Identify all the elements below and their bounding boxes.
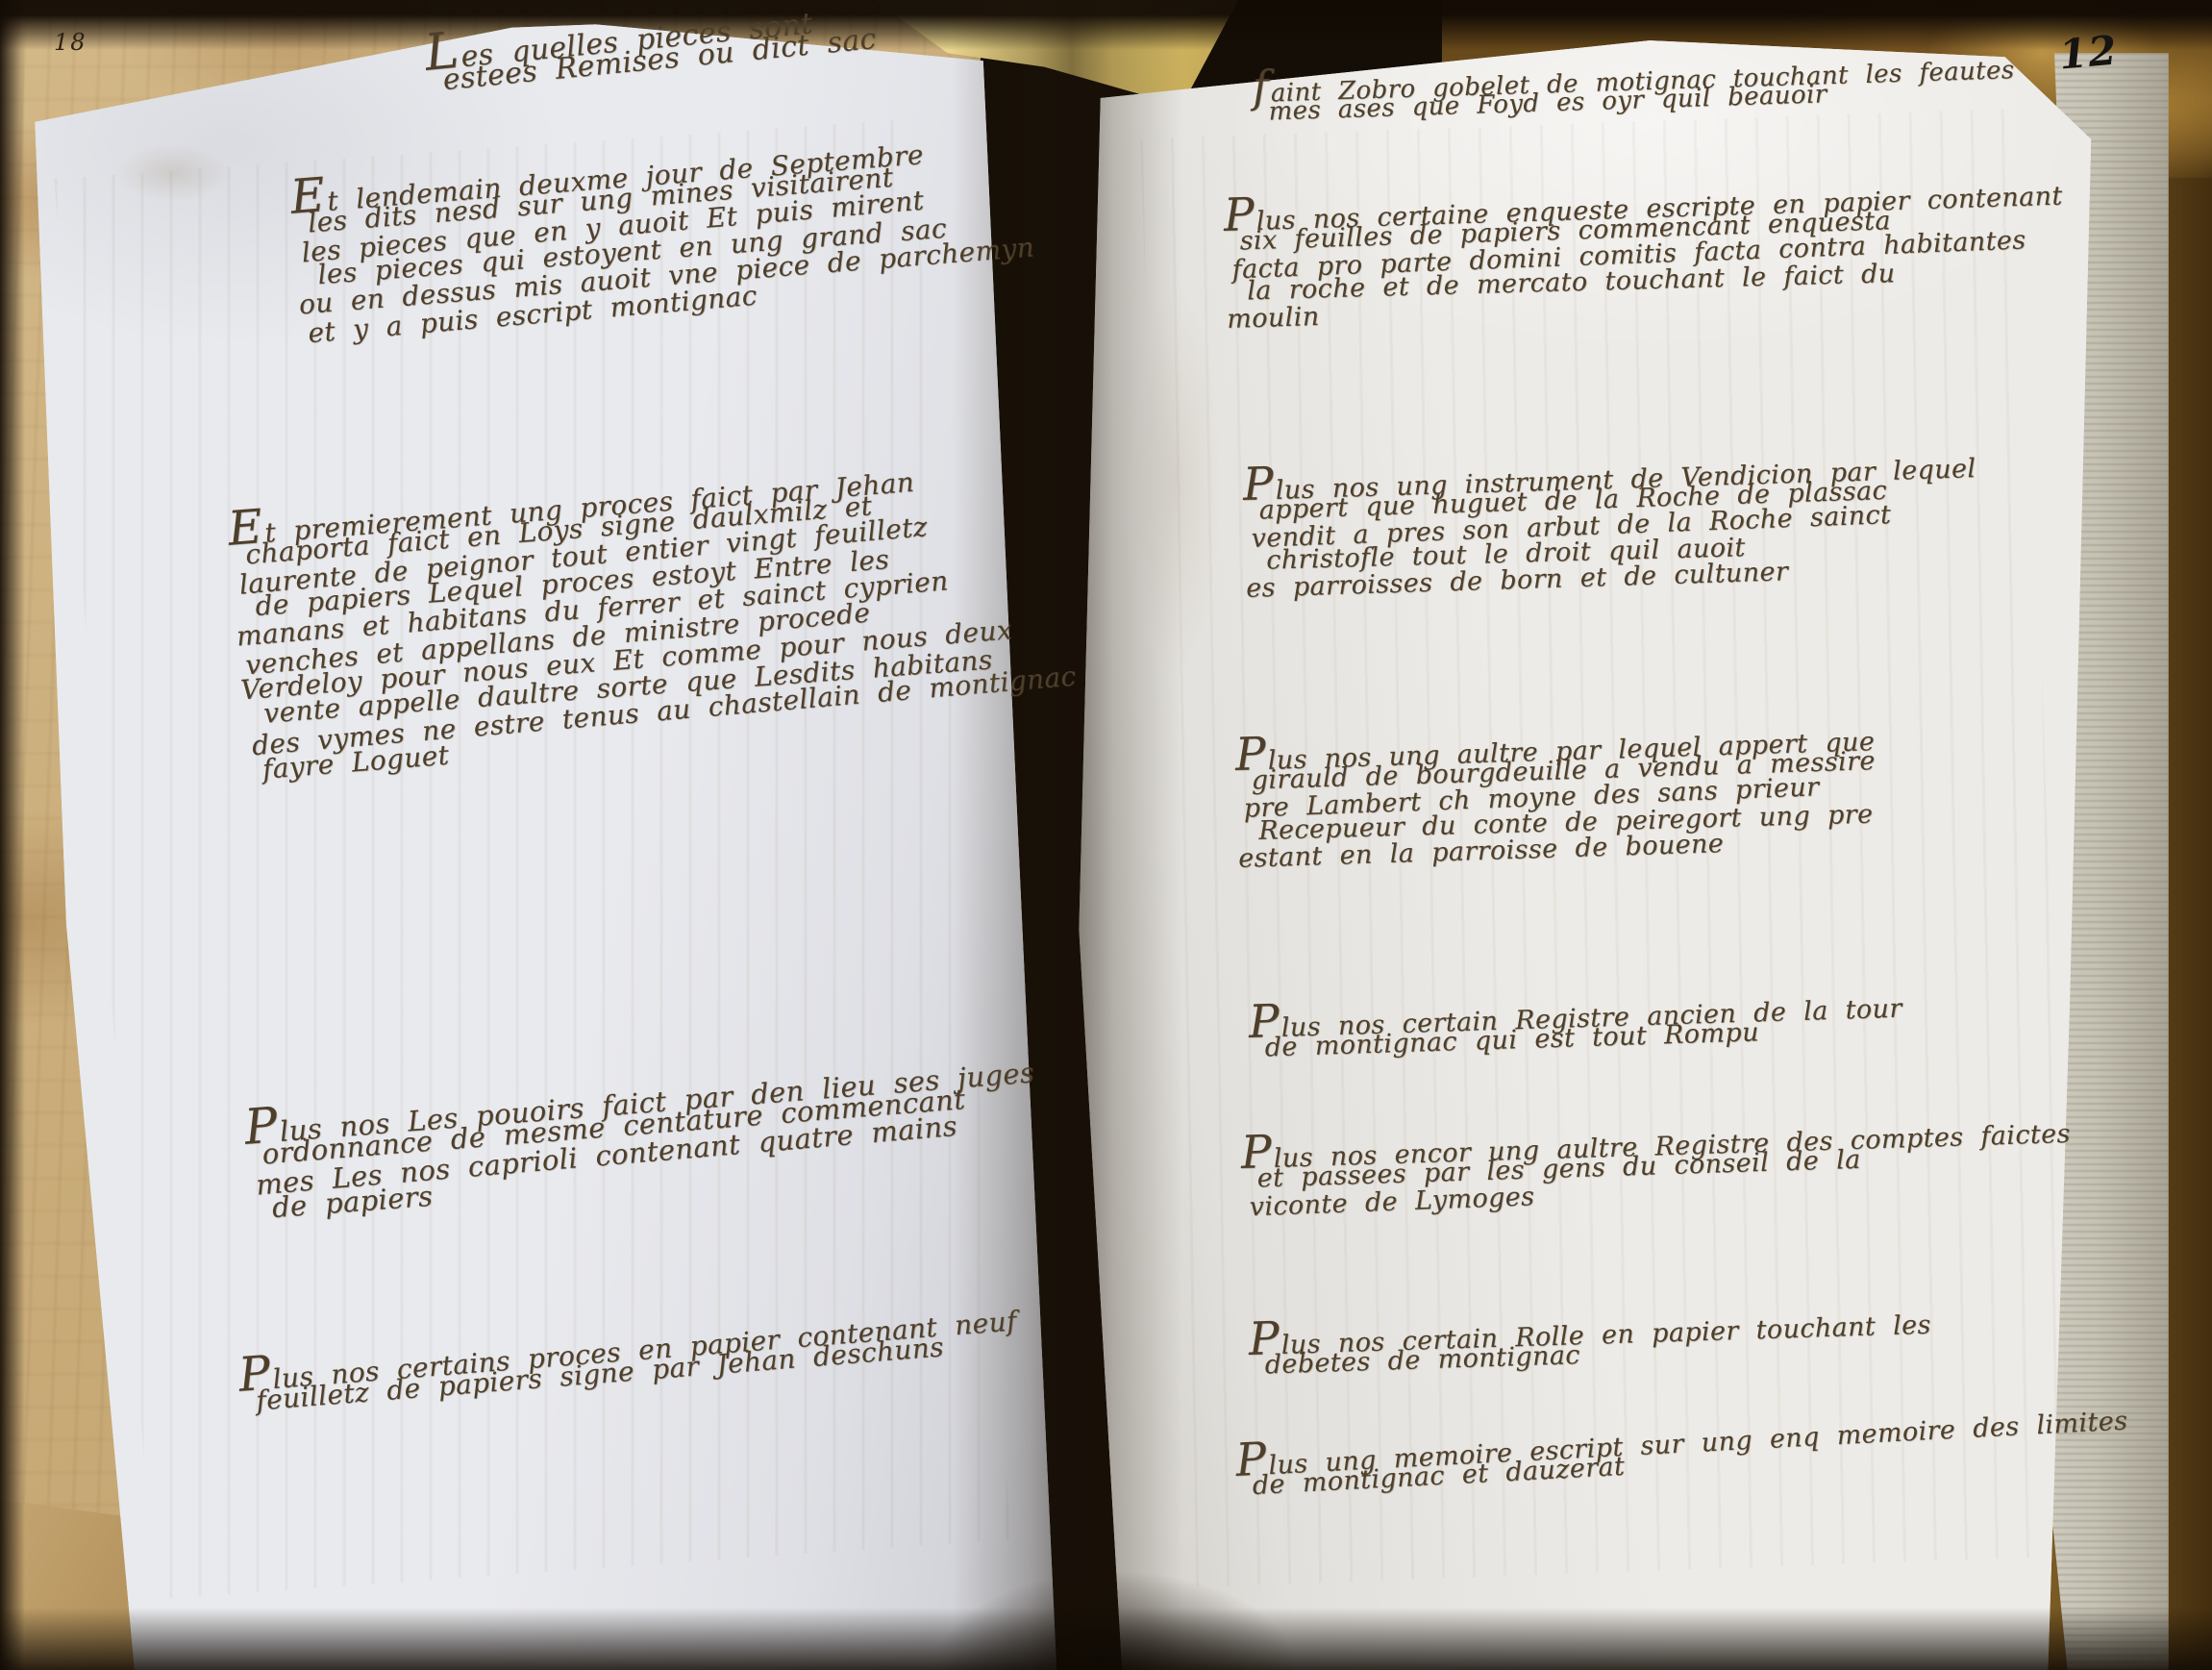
right-paragraph-4: Plus nos ung aultre par lequel appert qu… (1234, 709, 1877, 859)
manuscript-photo: 18 12 Les quelles pieces sontestees Remi… (0, 0, 2212, 1670)
left-folio-mark: 18 (54, 29, 87, 56)
photo-edge-bottom (0, 1608, 2212, 1670)
right-paragraph-2: Plus nos certaine enqueste escripte en p… (1223, 164, 2066, 320)
right-folio-number: 12 (2057, 26, 2119, 78)
photo-edge-left (0, 0, 25, 1670)
page-stain (115, 144, 231, 202)
right-paragraph-3: Plus nos ung instrument de Vendicion par… (1242, 436, 1979, 589)
